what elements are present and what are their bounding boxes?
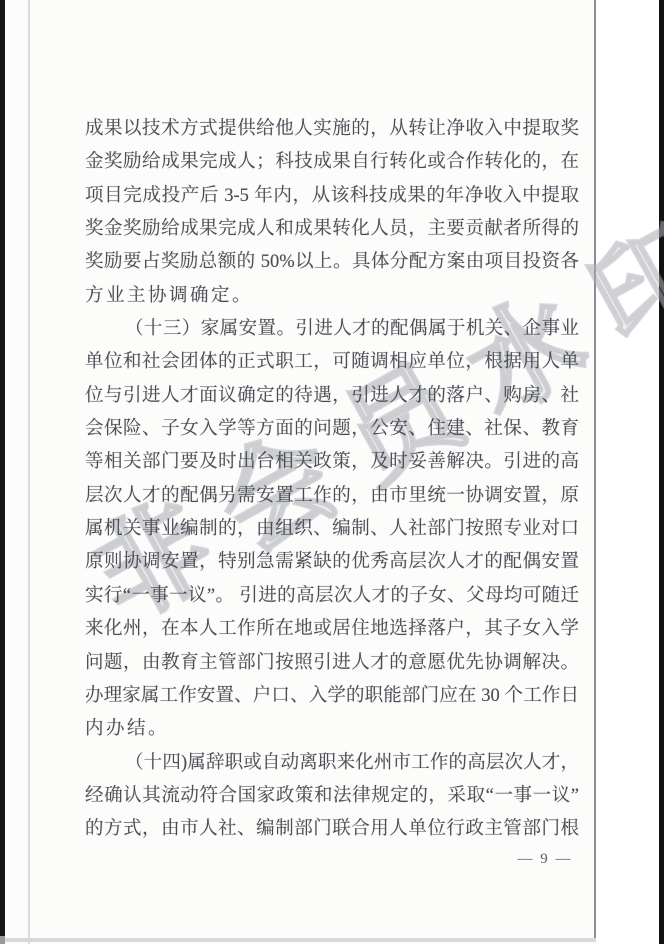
scan-edge-right bbox=[659, 0, 664, 944]
text-line-p2-l2: 单位和社会团体的正式职工，可随调相应单位，根据用人单 bbox=[85, 346, 579, 379]
text-line-p2-l11: 问题，由教育主管部门按照引进人才的意愿优先协调解决。 bbox=[85, 647, 579, 680]
scan-bottom-edge bbox=[5, 938, 596, 942]
page-fold-line bbox=[28, 0, 30, 944]
scanned-document-page: 非会员水印 成果以技术方式提供给他人实施的，从转让净收入中提取奖金奖励给成果完成… bbox=[0, 0, 664, 944]
text-line-p3-l3: 的方式，由市人社、编制部门联合用人单位行政主管部门根 bbox=[85, 813, 579, 846]
text-line-p2-l7: 属机关事业编制的，由组织、编制、人社部门按照专业对口 bbox=[85, 513, 579, 546]
scan-edge-left bbox=[0, 0, 5, 936]
text-line-p1-l2: 金奖励给成果完成人；科技成果自行转化或合作转化的，在 bbox=[85, 146, 579, 179]
text-line-p2-l1: （十三）家属安置。引进人才的配偶属于机关、企事业 bbox=[85, 313, 579, 346]
text-line-p2-l4: 会保险、子女入学等方面的问题，公安、住建、社保、教育 bbox=[85, 413, 579, 446]
text-line-p2-l3: 位与引进人才面议确定的待遇，引进人才的落户、购房、社 bbox=[85, 380, 579, 413]
scan-right-margin bbox=[596, 0, 659, 944]
text-line-p2-l13: 内办结。 bbox=[85, 713, 579, 746]
text-line-p2-l10: 来化州，在本人工作所在地或居住地选择落户，其子女入学 bbox=[85, 613, 579, 646]
document-body: 成果以技术方式提供给他人实施的，从转让净收入中提取奖金奖励给成果完成人；科技成果… bbox=[85, 113, 579, 847]
text-line-p2-l6: 层次人才的配偶另需安置工作的，由市里统一协调安置，原 bbox=[85, 480, 579, 513]
text-line-p2-l12: 办理家属工作安置、户口、入学的职能部门应在 30 个工作日 bbox=[85, 680, 579, 713]
text-line-p3-l2: 经确认其流动符合国家政策和法律规定的，采取“一事一议” bbox=[85, 780, 579, 813]
text-line-p2-l9: 实行“一事一议”。 引进的高层次人才的子女、父母均可随迁 bbox=[85, 580, 579, 613]
text-line-p1-l5: 奖励要占奖励总额的 50%以上。具体分配方案由项目投资各 bbox=[85, 246, 579, 279]
text-line-p2-l8: 原则协调安置，特别急需紧缺的优秀高层次人才的配偶安置 bbox=[85, 546, 579, 579]
text-line-p1-l4: 奖金奖励给成果完成人和成果转化人员，主要贡献者所得的 bbox=[85, 213, 579, 246]
page-number: — 9 — bbox=[500, 851, 590, 868]
text-line-p3-l1: （十四)属辞职或自动离职来化州市工作的高层次人才， bbox=[85, 747, 579, 780]
text-line-p1-l3: 项目完成投产后 3-5 年内，从该科技成果的年净收入中提取 bbox=[85, 180, 579, 213]
text-line-p1-l1: 成果以技术方式提供给他人实施的，从转让净收入中提取奖 bbox=[85, 113, 579, 146]
page-right-edge-line bbox=[594, 0, 596, 940]
text-line-p2-l5: 等相关部门要及时出台相关政策，及时妥善解决。引进的高 bbox=[85, 446, 579, 479]
text-line-p1-l6: 方业主协调确定。 bbox=[85, 280, 579, 313]
